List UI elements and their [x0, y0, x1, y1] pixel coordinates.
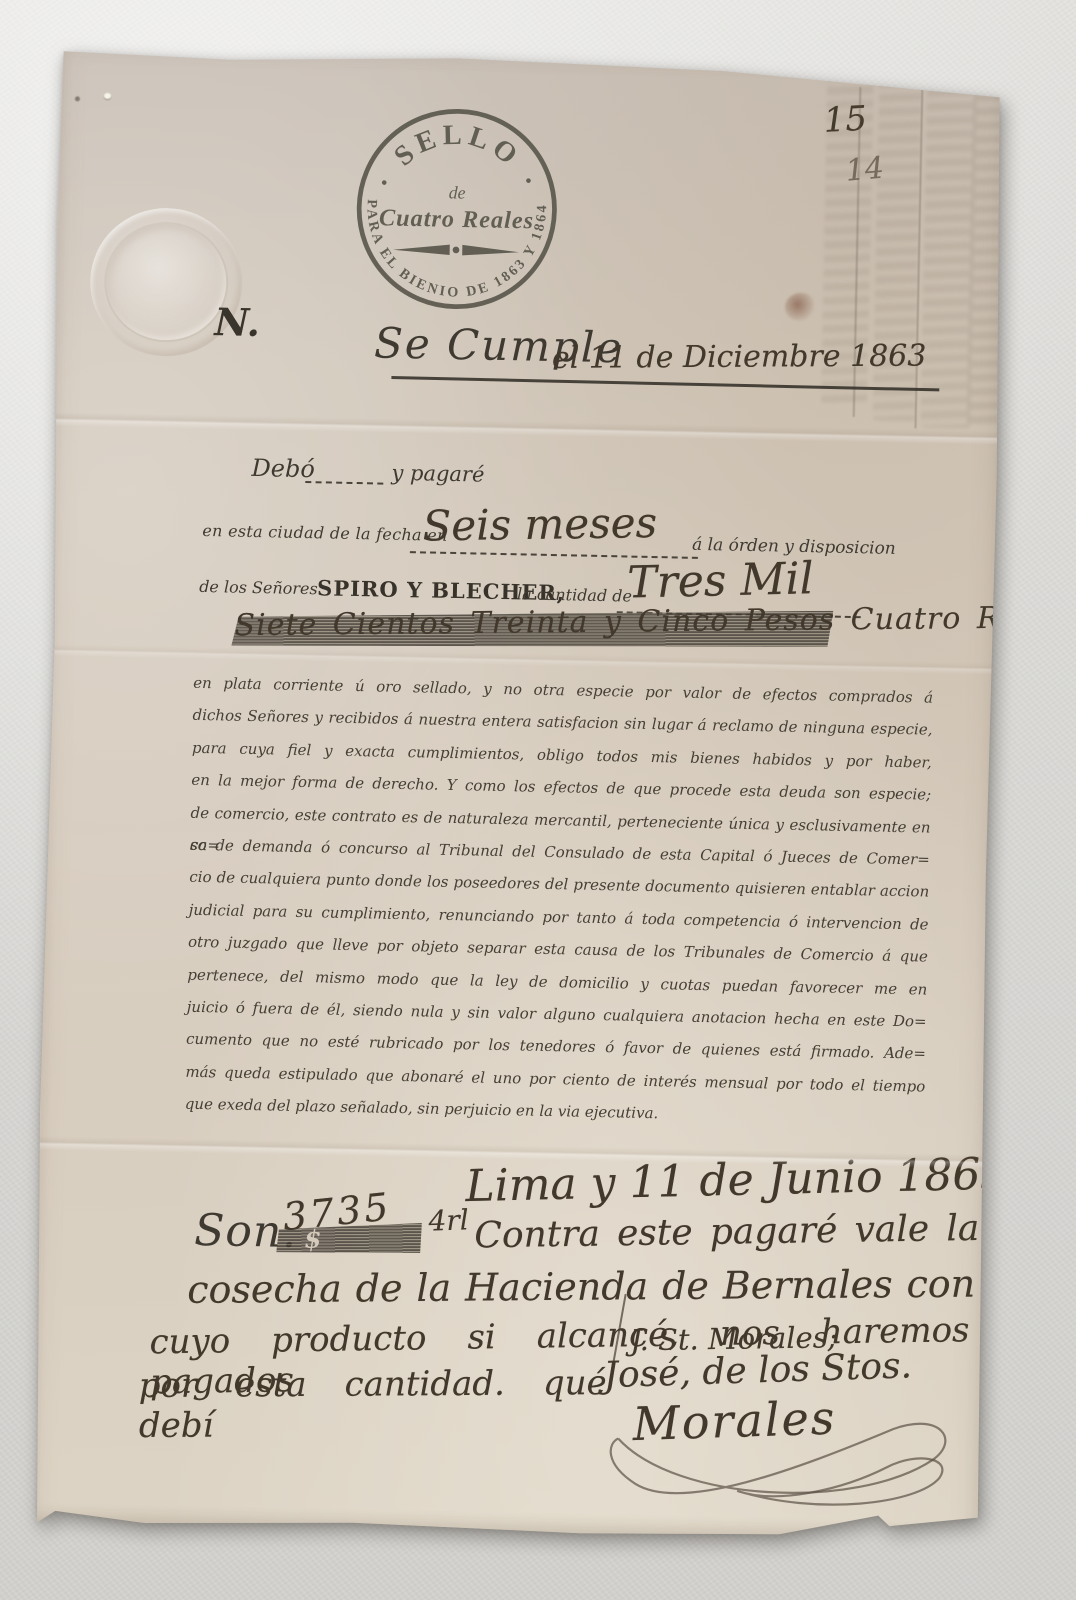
document-paper: · SELLO · PARA EL BIENIO DE 1863 Y 1864 … — [30, 46, 1007, 1543]
form-la-cantidad: la cantidad de — [517, 584, 632, 605]
se-cumple-date-handwritten: el 11 de Diciembre 1863 — [552, 339, 927, 376]
form-tres-mil-handwritten: Tres Mil — [627, 553, 814, 608]
reales-handwritten: 4rl — [428, 1203, 469, 1237]
paper-shadow-wrap: · SELLO · PARA EL BIENIO DE 1863 Y 1864 … — [0, 0, 1076, 1600]
bleedthrough-ghost-text — [967, 94, 1006, 425]
form-seis-meses-handwritten: Seis meses — [422, 498, 657, 550]
note-line: por esta cantidad. qué debí — [139, 1363, 607, 1446]
fold-crease — [48, 644, 996, 675]
photo-scene: · SELLO · PARA EL BIENIO DE 1863 Y 1864 … — [0, 0, 1076, 1600]
stamp-ornament — [393, 243, 519, 256]
ink-blot — [785, 293, 816, 322]
form-dash-fill — [305, 455, 384, 485]
note-line: Contra este pagaré vale la — [474, 1208, 980, 1256]
fold-crease — [52, 412, 1000, 445]
signature-flourish — [586, 1393, 989, 1551]
revenue-stamp: · SELLO · PARA EL BIENIO DE 1863 Y 1864 … — [350, 102, 564, 316]
stamp-de-text: de — [449, 182, 466, 202]
n-label: N. — [214, 299, 260, 345]
form-de-los-senores: de los Señores — [199, 577, 318, 598]
form-y-pagare: y pagaré — [391, 461, 484, 487]
stamp-cuatro-reales-text: Cuatro Reales — [379, 204, 535, 234]
paper-speck — [75, 96, 80, 101]
paper-pinhole — [104, 93, 111, 99]
amount-words-handwritten: Siete Cientos Treinta y Cinco Pesos Cuat… — [234, 600, 1076, 643]
body-paragraph: en plata corriente ú oro sellado, y no o… — [184, 667, 933, 1135]
note-line: cosecha de la Hacienda de Bernales con — [187, 1262, 975, 1312]
